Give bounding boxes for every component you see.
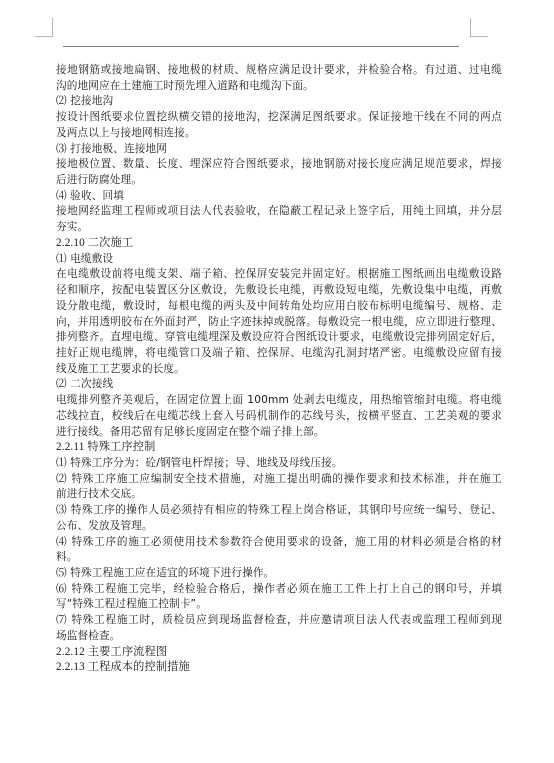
text-line: 前进行技术交底。 xyxy=(56,487,502,503)
text-line: 在电缆敷设前将电缆支架、端子箱、控保屏安装完并固定好。根据施工图纸画出电缆敷设路 xyxy=(56,267,502,283)
section-heading: 2.2.10 二次施工 xyxy=(56,236,502,252)
text-line: 及两点以上与接地网相连接。 xyxy=(56,126,502,142)
text-line: ⑴ 特殊工序分为：砼/钢管电杆焊接；导、地线及母线压接。 xyxy=(56,456,502,472)
text-line: 排列整齐。直埋电缆、穿管电缆埋深及敷设应符合图纸设计要求，电缆敷设完排列固定好后… xyxy=(56,330,502,346)
text-line: 设分散电缆，敷设时，每根电缆的两头及中间转角处均应用白胶布标明电缆编号、规格、走 xyxy=(56,299,502,315)
text-line: 场监督检查。 xyxy=(56,629,502,645)
text-line: ⑸ 特殊工程施工应在适宜的环境下进行操作。 xyxy=(56,566,502,582)
text-line: 线及施工工艺要求的长度。 xyxy=(56,362,502,378)
text-line: ⑵ 特殊工序施工应编制安全技术措施，对施工提出明确的操作要求和技术标准，并在施工 xyxy=(56,472,502,488)
page-corner-mark-top-right xyxy=(470,36,488,37)
text-line: ⑴ 电缆敷设 xyxy=(56,252,502,268)
text-line: 写“特殊工程过程施工控制卡”。 xyxy=(56,597,502,613)
text-line: ⑵ 挖接地沟 xyxy=(56,94,502,110)
text-line: 公布、发放及管理。 xyxy=(56,519,502,535)
text-line: 进行接线。备用芯留有足够长度固定在整个端子排上部。 xyxy=(56,425,502,441)
text-line: ⑷ 特殊工序的施工必须使用技术参数符合使用要求的设备，施工用的材料必须是合格的材 xyxy=(56,535,502,551)
text-line: 芯线拉直，校线后在电缆芯线上套入号码机制作的芯线号头，按横平竖直、工艺美观的要求 xyxy=(56,409,502,425)
section-heading: 2.2.12 主要工序流程图 xyxy=(56,645,502,661)
text-line: ⑷ 验收、回填 xyxy=(56,189,502,205)
text-line: ⑶ 特殊工序的操作人员必须持有相应的特殊工程上岗合格证，其钢印号应统一编号、登记… xyxy=(56,503,502,519)
text-line: 接地钢筋或接地扁钢、接地极的材质、规格应满足设计要求，并检验合格。有过道、过电缆 xyxy=(56,63,502,79)
text-line: 料。 xyxy=(56,550,502,566)
header-rule xyxy=(63,46,459,47)
page-corner-mark-top-left xyxy=(52,18,53,37)
text-line: ⑶ 打接地极、连接地网 xyxy=(56,142,502,158)
text-line: 按设计图纸要求位置挖纵横交错的接地沟，挖深满足图纸要求。保证接地干线在不同的两点 xyxy=(56,110,502,126)
text-line: 向，并用透明胶布在外面封严，防止字迹抹掉或脱落。每敷设完一根电缆，应立即进行整理… xyxy=(56,315,502,331)
text-line: ⑹ 特殊工程施工完毕，经检验合格后，操作者必须在施工工件上打上自己的钢印号，并填 xyxy=(56,582,502,598)
text-line: 接地网经监理工程师或项目法人代表验收，在隐蔽工程记录上签字后，用纯土回填，并分层 xyxy=(56,204,502,220)
page-corner-mark-top-left xyxy=(35,36,53,37)
text-line: ⑵ 二次接线 xyxy=(56,377,502,393)
text-line: 挂好正规电缆牌，将电缆管口及端子箱、控保屏、电缆沟孔洞封堵严密。电缆敷设应留有接 xyxy=(56,346,502,362)
text-line: 夯实。 xyxy=(56,220,502,236)
text-line: 径和顺序，按配电装置区分区敷设，先敷设长电缆，再敷设短电缆，先敷设集中电缆，再敷 xyxy=(56,283,502,299)
text-line: 沟的地网应在土建施工时预先埋入道路和电缆沟下面。 xyxy=(56,79,502,95)
text-line: 接地极位置、数量、长度、埋深应符合图纸要求，接地钢筋对接长度应满足规范要求，焊接 xyxy=(56,157,502,173)
text-line: ⑺ 特殊工程施工时，质检员应到现场监督检查，并应邀请项目法人代表或监理工程师到现 xyxy=(56,613,502,629)
text-line: 电缆排列整齐美观后，在固定位置上面 100mm 处剥去电缆皮，用热缩管缩封电缆。… xyxy=(56,393,502,409)
section-heading: 2.2.13 工程成本的控制措施 xyxy=(56,660,502,676)
text-line: 后进行防腐处理。 xyxy=(56,173,502,189)
page-corner-mark-top-right xyxy=(470,18,471,37)
document-body[interactable]: 接地钢筋或接地扁钢、接地极的材质、规格应满足设计要求，并检验合格。有过道、过电缆… xyxy=(56,63,502,676)
section-heading: 2.2.11 特殊工序控制 xyxy=(56,440,502,456)
